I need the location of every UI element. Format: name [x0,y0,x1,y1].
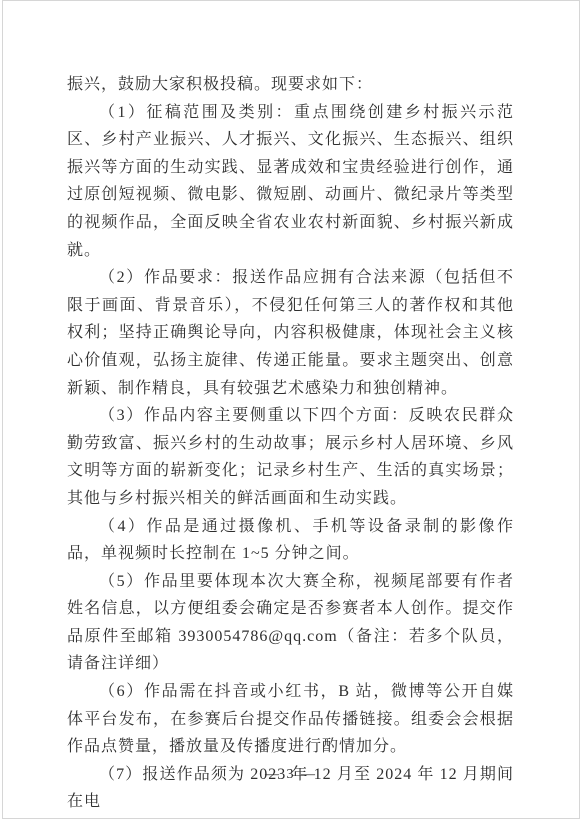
document-page: 振兴，鼓励大家积极投稿。现要求如下： （1）征稿范围及类别：重点围绕创建乡村振兴… [2,0,580,819]
requirement-paragraph-1: （1）征稿范围及类别：重点围绕创建乡村振兴示范区、乡村产业振兴、人才振兴、文化振… [67,99,514,265]
requirement-paragraph-2: （2）作品要求：报送作品应拥有合法来源（包括但不限于画面、背景音乐），不侵犯任何… [67,264,514,402]
page-number: — 3 — [3,767,579,783]
document-body: 振兴，鼓励大家积极投稿。现要求如下： （1）征稿范围及类别：重点围绕创建乡村振兴… [67,71,514,816]
requirement-paragraph-4: （4）作品是通过摄像机、手机等设备录制的影像作品，单视频时长控制在 1~5 分钟… [67,513,514,568]
requirement-paragraph-5: （5）作品里要体现本次大赛全称，视频尾部要有作者姓名信息，以方便组委会确定是否参… [67,568,514,678]
paragraph-intro: 振兴，鼓励大家积极投稿。现要求如下： [67,71,514,99]
requirement-paragraph-6: （6）作品需在抖音或小红书，B 站，微博等公开自媒体平台发布，在参赛后台提交作品… [67,678,514,761]
requirement-paragraph-3: （3）作品内容主要侧重以下四个方面：反映农民群众勤劳致富、振兴乡村的生动故事；展… [67,402,514,512]
